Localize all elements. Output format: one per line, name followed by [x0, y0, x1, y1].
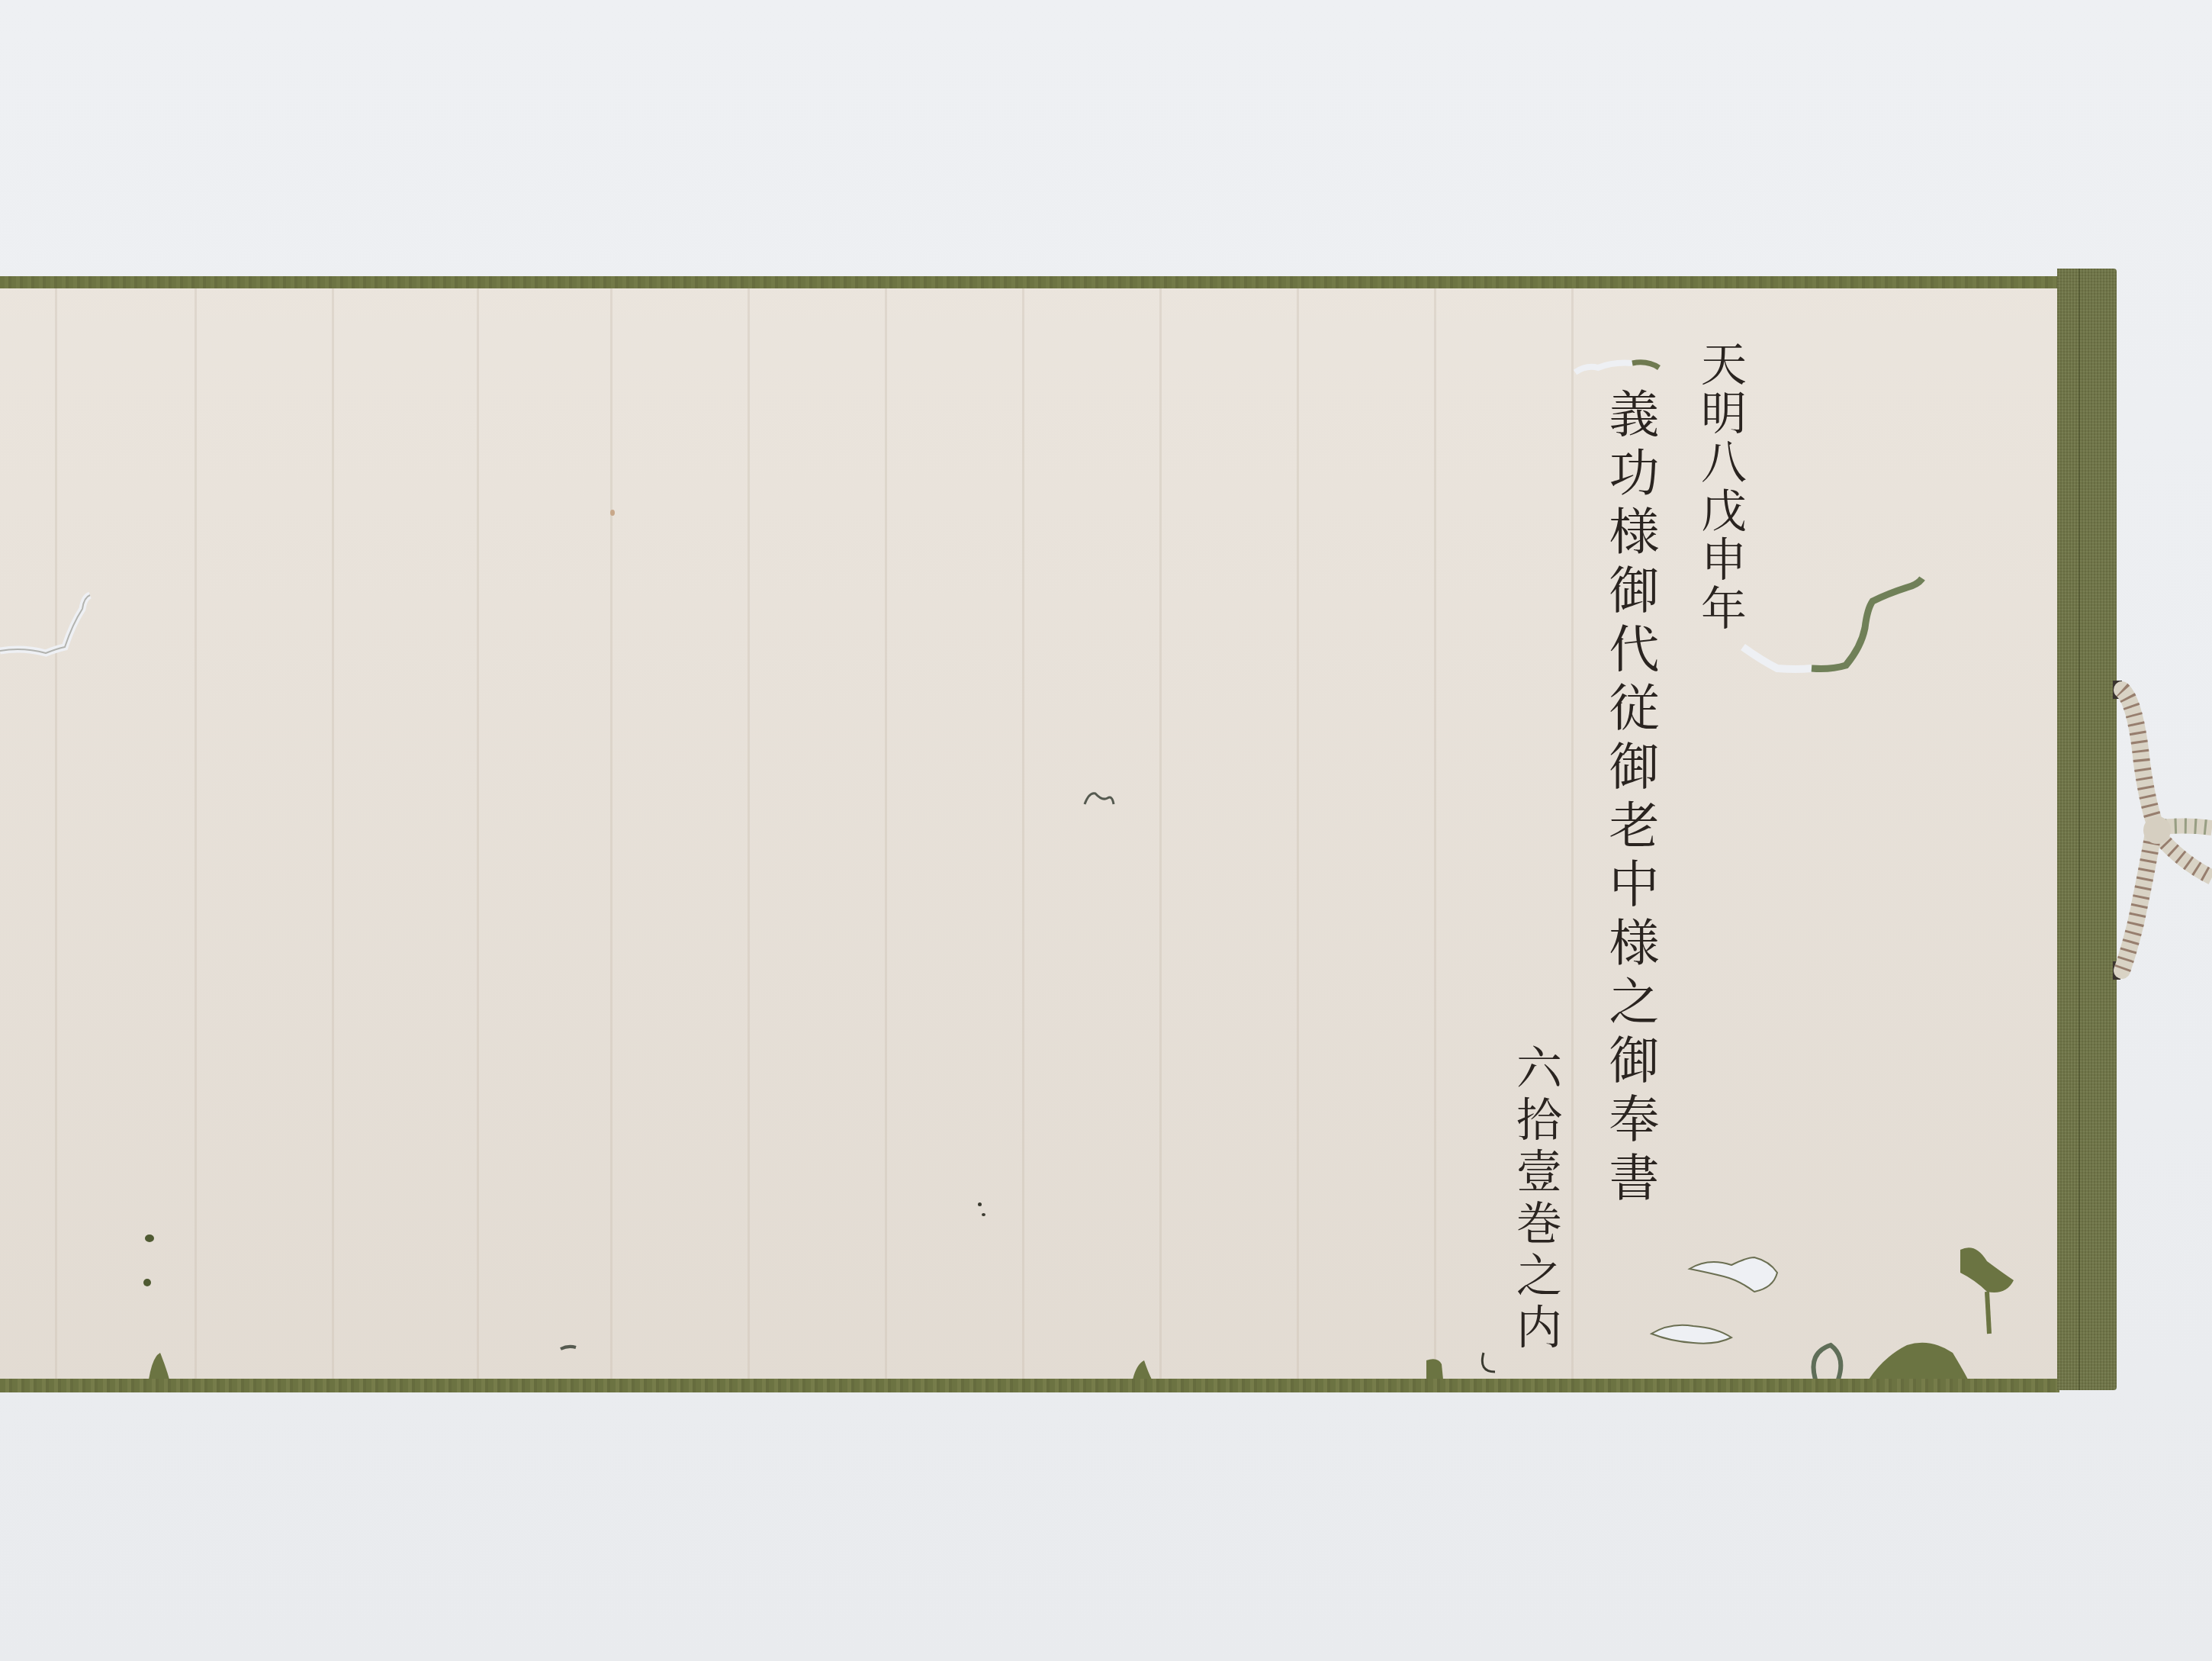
stain-speck	[982, 1213, 985, 1216]
cover-seam	[2079, 269, 2080, 1390]
stain-speck	[610, 510, 615, 516]
paper-damage-marks	[0, 288, 2057, 1379]
braided-cord-icon	[2113, 671, 2212, 992]
tie-cord[interactable]	[2113, 671, 2212, 992]
scroll-paper: 天明八戊申年 義功様御代従御老中様之御奉書 六拾壹巻之内	[0, 288, 2057, 1379]
stain-speck	[978, 1202, 982, 1206]
stain-speck	[143, 1279, 151, 1286]
stain-speck	[145, 1234, 154, 1242]
scroll-cover-edge	[2057, 269, 2117, 1390]
handscroll: 天明八戊申年 義功様御代従御老中様之御奉書 六拾壹巻之内	[0, 269, 2120, 1398]
bottom-cloth-border	[0, 1379, 2059, 1392]
